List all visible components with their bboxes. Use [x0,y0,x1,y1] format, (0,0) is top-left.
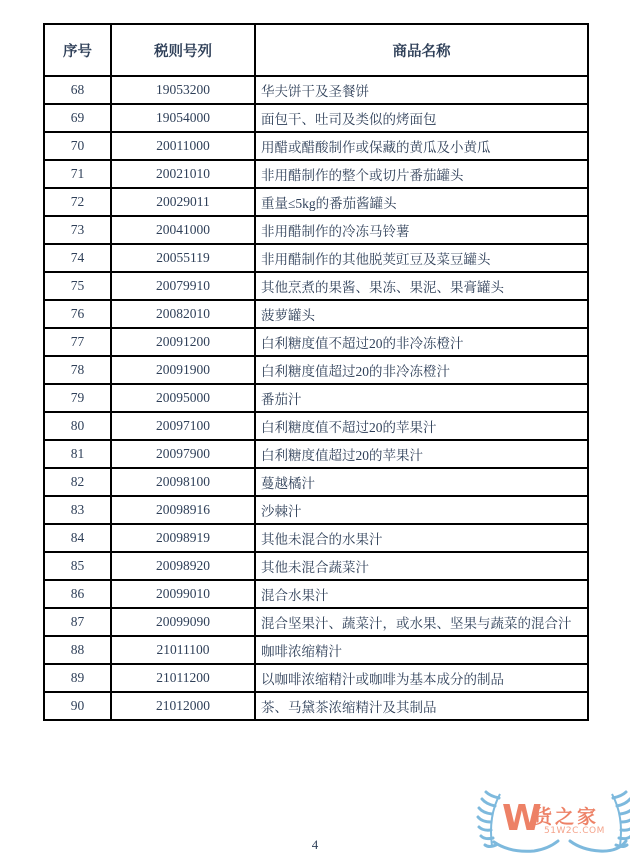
row-name-cell: 用醋或醋酸制作或保藏的黄瓜及小黄瓜 [255,132,588,160]
row-seq-cell: 80 [44,412,111,440]
row-name-cell: 面包干、吐司及类似的烤面包 [255,104,588,132]
row-name-cell: 沙棘汁 [255,496,588,524]
row-seq-cell: 75 [44,272,111,300]
row-name-cell: 非用醋制作的整个或切片番茄罐头 [255,160,588,188]
row-code-cell: 20099010 [111,580,255,608]
row-name-cell: 非用醋制作的其他脱荚豇豆及菜豆罐头 [255,244,588,272]
watermark-svg: W 货之家 51W2C.COM [476,792,630,864]
table-row: 76 20082010 菠萝罐头 [44,300,588,328]
row-seq-cell: 71 [44,160,111,188]
row-code-cell: 21011200 [111,664,255,692]
laurel-right-icon [612,792,630,847]
row-name-cell: 菠萝罐头 [255,300,588,328]
row-seq-cell: 82 [44,468,111,496]
table-row: 75 20079910 其他烹煮的果酱、果冻、果泥、果膏罐头 [44,272,588,300]
row-seq-cell: 74 [44,244,111,272]
row-code-cell: 20091200 [111,328,255,356]
table-row: 86 20099010 混合水果汁 [44,580,588,608]
row-seq-cell: 76 [44,300,111,328]
row-code-cell: 20021010 [111,160,255,188]
table-body: 68 19053200 华夫饼干及圣餐饼 69 19054000 面包干、吐司及… [44,76,588,720]
row-name-cell: 番茄汁 [255,384,588,412]
table-row: 90 21012000 茶、马黛茶浓缩精汁及其制品 [44,692,588,720]
table-row: 72 20029011 重量≤5kg的番茄酱罐头 [44,188,588,216]
row-code-cell: 20079910 [111,272,255,300]
row-code-cell: 20098100 [111,468,255,496]
row-code-cell: 21011100 [111,636,255,664]
table-row: 71 20021010 非用醋制作的整个或切片番茄罐头 [44,160,588,188]
row-seq-cell: 83 [44,496,111,524]
table-row: 80 20097100 白利糖度值不超过20的苹果汁 [44,412,588,440]
row-name-cell: 其他烹煮的果酱、果冻、果泥、果膏罐头 [255,272,588,300]
row-seq-cell: 69 [44,104,111,132]
row-code-cell: 20091900 [111,356,255,384]
row-name-cell: 咖啡浓缩精汁 [255,636,588,664]
row-name-cell: 白利糖度值超过20的非冷冻橙汁 [255,356,588,384]
watermark-site-text: 51W2C.COM [544,826,605,836]
row-name-cell: 混合水果汁 [255,580,588,608]
row-name-cell: 混合坚果汁、蔬菜汁，或水果、坚果与蔬菜的混合汁 [255,608,588,636]
row-name-cell: 其他未混合的水果汁 [255,524,588,552]
table-row: 83 20098916 沙棘汁 [44,496,588,524]
table-row: 78 20091900 白利糖度值超过20的非冷冻橙汁 [44,356,588,384]
row-seq-cell: 86 [44,580,111,608]
row-code-cell: 20098920 [111,552,255,580]
header-code: 税则号列 [111,24,255,76]
header-seq: 序号 [44,24,111,76]
row-code-cell: 19053200 [111,76,255,104]
tariff-table: 序号 税则号列 商品名称 68 19053200 华夫饼干及圣餐饼 69 190… [43,23,589,721]
row-code-cell: 20098919 [111,524,255,552]
row-name-cell: 其他未混合蔬菜汁 [255,552,588,580]
row-code-cell: 20011000 [111,132,255,160]
row-code-cell: 19054000 [111,104,255,132]
row-name-cell: 重量≤5kg的番茄酱罐头 [255,188,588,216]
row-code-cell: 20029011 [111,188,255,216]
row-seq-cell: 88 [44,636,111,664]
row-name-cell: 白利糖度值超过20的苹果汁 [255,440,588,468]
row-code-cell: 20099090 [111,608,255,636]
watermark-brand-text: 货之家 [533,805,599,828]
table-header: 序号 税则号列 商品名称 [44,24,588,76]
table-row: 73 20041000 非用醋制作的冷冻马铃薯 [44,216,588,244]
row-code-cell: 20097100 [111,412,255,440]
row-code-cell: 20098916 [111,496,255,524]
row-seq-cell: 79 [44,384,111,412]
table-row: 79 20095000 番茄汁 [44,384,588,412]
table-row: 77 20091200 白利糖度值不超过20的非冷冻橙汁 [44,328,588,356]
row-seq-cell: 78 [44,356,111,384]
row-seq-cell: 81 [44,440,111,468]
table-row: 88 21011100 咖啡浓缩精汁 [44,636,588,664]
row-name-cell: 以咖啡浓缩精汁或咖啡为基本成分的制品 [255,664,588,692]
row-seq-cell: 70 [44,132,111,160]
row-seq-cell: 73 [44,216,111,244]
row-code-cell: 20041000 [111,216,255,244]
row-code-cell: 20097900 [111,440,255,468]
row-seq-cell: 72 [44,188,111,216]
row-name-cell: 华夫饼干及圣餐饼 [255,76,588,104]
row-seq-cell: 90 [44,692,111,720]
row-name-cell: 白利糖度值不超过20的苹果汁 [255,412,588,440]
row-seq-cell: 85 [44,552,111,580]
row-code-cell: 20082010 [111,300,255,328]
row-code-cell: 20055119 [111,244,255,272]
row-name-cell: 白利糖度值不超过20的非冷冻橙汁 [255,328,588,356]
table-row: 84 20098919 其他未混合的水果汁 [44,524,588,552]
row-seq-cell: 77 [44,328,111,356]
table-row: 70 20011000 用醋或醋酸制作或保藏的黄瓜及小黄瓜 [44,132,588,160]
table-row: 89 21011200 以咖啡浓缩精汁或咖啡为基本成分的制品 [44,664,588,692]
row-seq-cell: 87 [44,608,111,636]
row-name-cell: 蔓越橘汁 [255,468,588,496]
table-row: 68 19053200 华夫饼干及圣餐饼 [44,76,588,104]
watermark-w-letter: W [502,798,542,839]
row-name-cell: 茶、马黛茶浓缩精汁及其制品 [255,692,588,720]
row-seq-cell: 84 [44,524,111,552]
table-row: 74 20055119 非用醋制作的其他脱荚豇豆及菜豆罐头 [44,244,588,272]
watermark-logo: W 货之家 51W2C.COM [476,792,630,864]
page-number: 4 [43,837,587,853]
table-row: 85 20098920 其他未混合蔬菜汁 [44,552,588,580]
row-seq-cell: 68 [44,76,111,104]
table-row: 81 20097900 白利糖度值超过20的苹果汁 [44,440,588,468]
header-name: 商品名称 [255,24,588,76]
header-row: 序号 税则号列 商品名称 [44,24,588,76]
table-row: 82 20098100 蔓越橘汁 [44,468,588,496]
row-name-cell: 非用醋制作的冷冻马铃薯 [255,216,588,244]
row-seq-cell: 89 [44,664,111,692]
row-code-cell: 20095000 [111,384,255,412]
row-code-cell: 21012000 [111,692,255,720]
table-row: 69 19054000 面包干、吐司及类似的烤面包 [44,104,588,132]
table-row: 87 20099090 混合坚果汁、蔬菜汁，或水果、坚果与蔬菜的混合汁 [44,608,588,636]
